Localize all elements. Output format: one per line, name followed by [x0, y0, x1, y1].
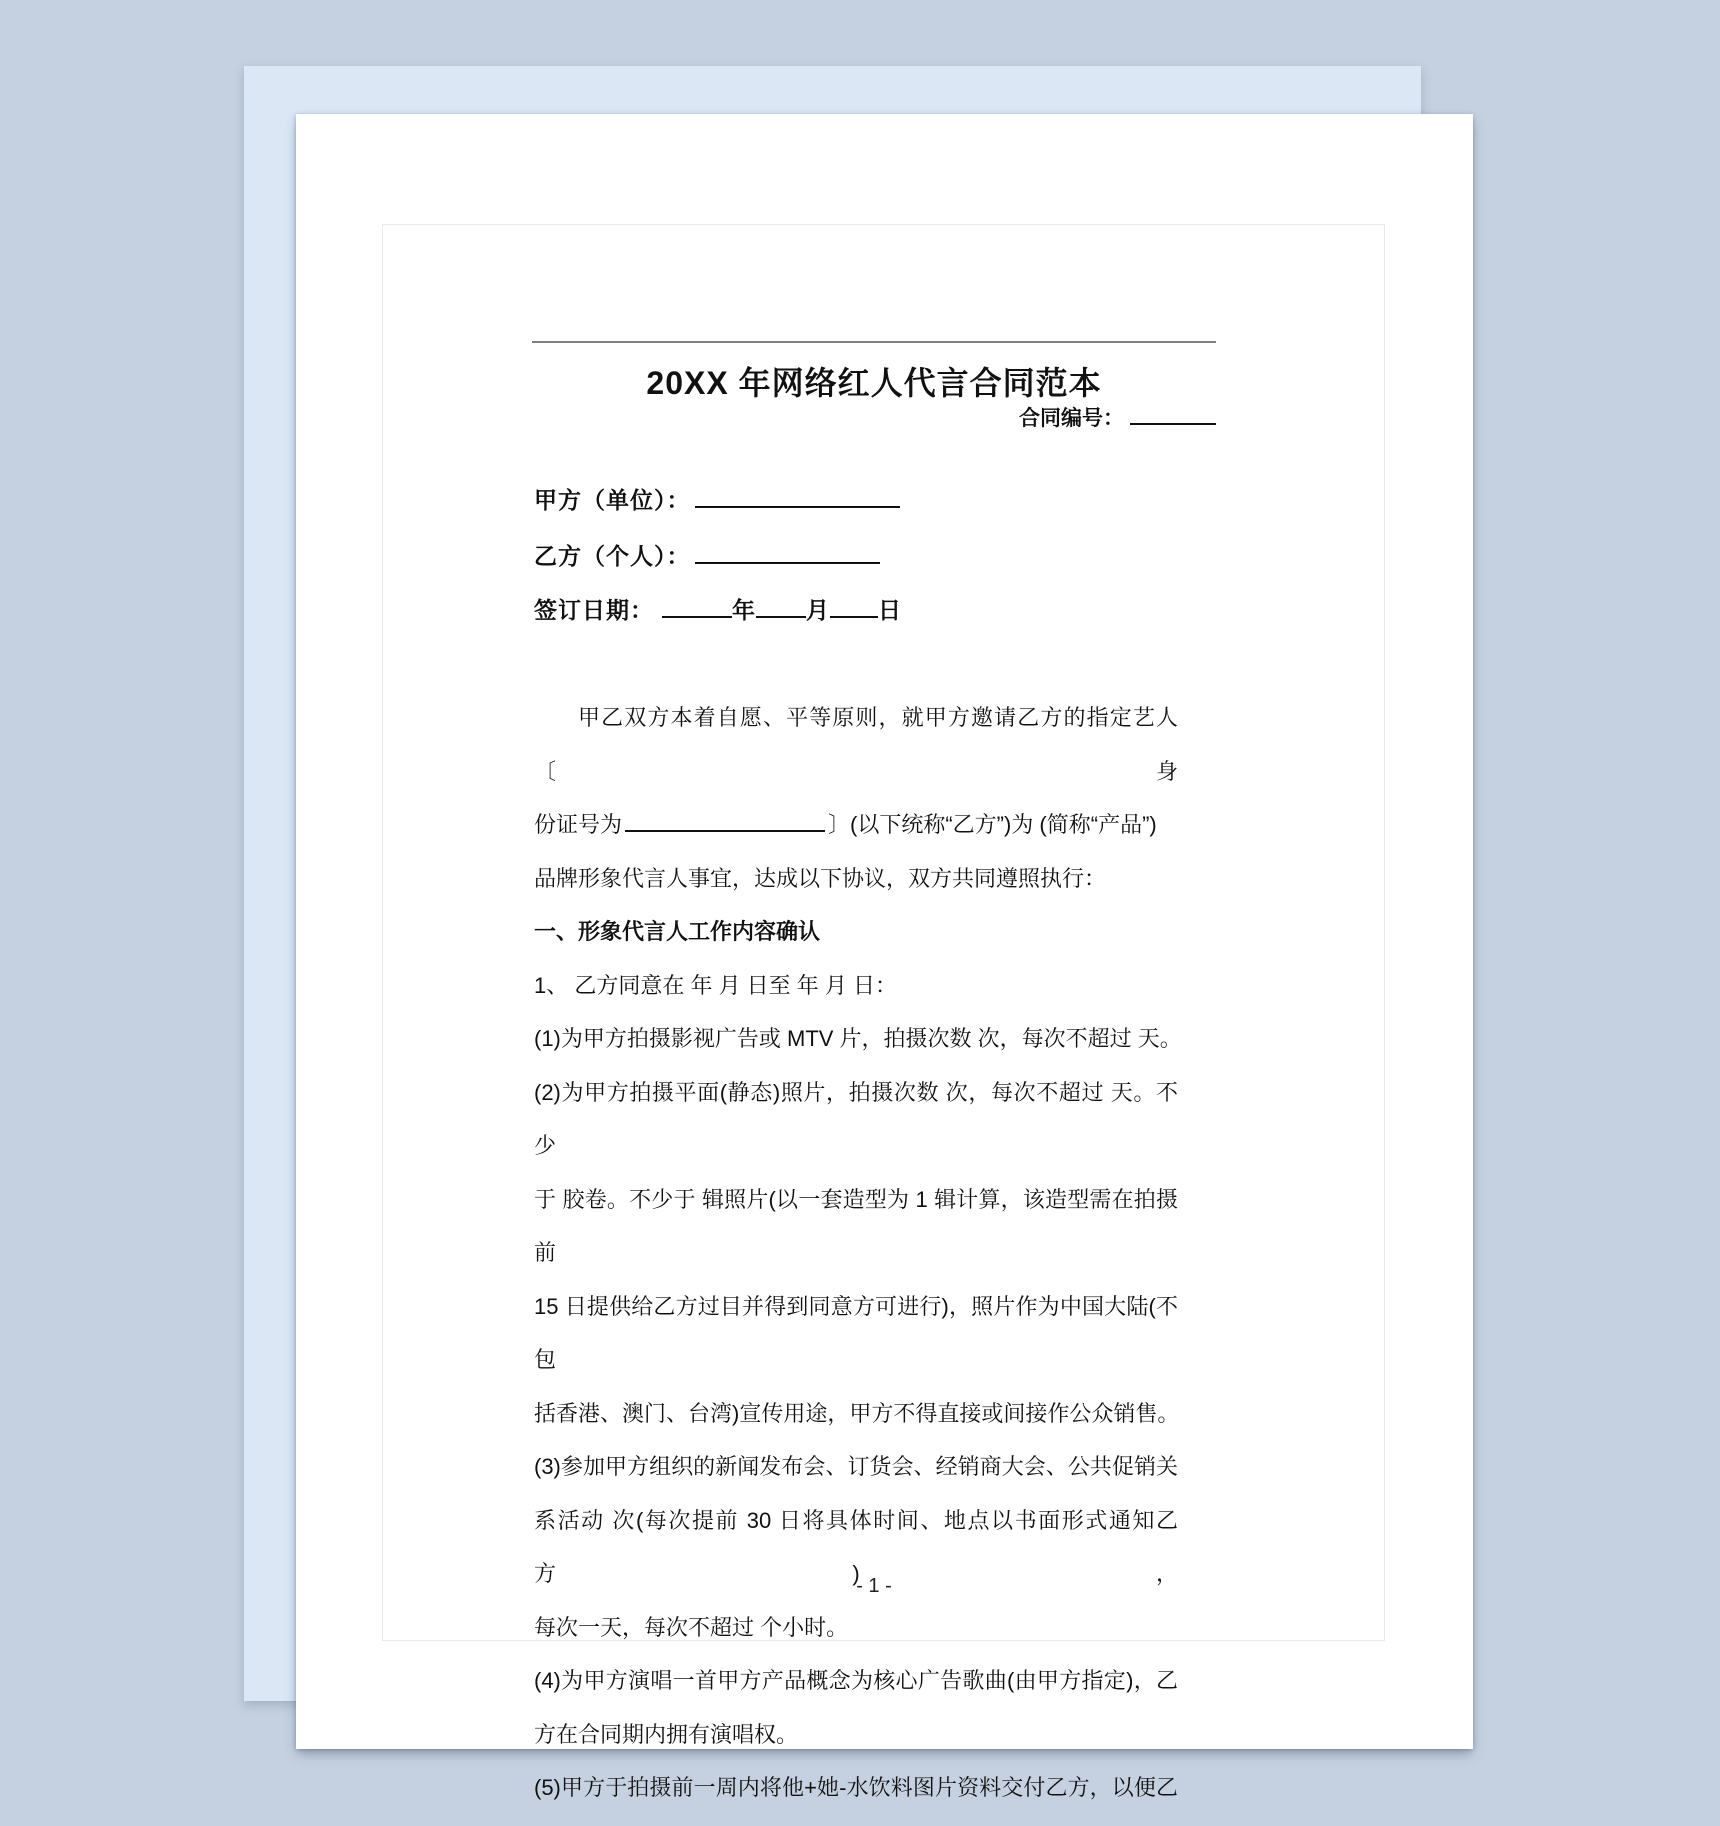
- sign-date-year-blank: [662, 594, 732, 618]
- party-b-row: 乙方（个人）：: [534, 539, 1234, 573]
- section-1-heading: 一、形象代言人工作内容确认: [534, 905, 1178, 959]
- party-a-blank: [695, 484, 900, 508]
- document-page: 20XX 年网络红人代言合同范本 合同编号： 甲方（单位）： 乙方（个人）： 签…: [296, 114, 1473, 1749]
- clause-line: 1、 乙方同意在 年 月 日至 年 月 日：: [534, 959, 1178, 1013]
- contract-body: 甲乙双方本着自愿、平等原则，就甲方邀请乙方的指定艺人〔身 份证号为〕(以下统称“…: [534, 691, 1178, 1815]
- clause-line: (4)为甲方演唱一首甲方产品概念为核心广告歌曲(由甲方指定)，乙: [534, 1654, 1178, 1708]
- page-number: - 1 -: [532, 1572, 1216, 1600]
- clause-line: (3)参加甲方组织的新闻发布会、订货会、经销商大会、公共促销关: [534, 1440, 1178, 1494]
- clause-line: 于 胶卷。不少于 辑照片(以一套造型为 1 辑计算，该造型需在拍摄前: [534, 1173, 1178, 1280]
- party-b-blank: [695, 540, 880, 564]
- contract-number-label: 合同编号：: [1019, 407, 1124, 430]
- party-a-label: 甲方（单位）：: [534, 487, 691, 513]
- document-title: 20XX 年网络红人代言合同范本: [532, 359, 1216, 407]
- header-rule: [532, 341, 1216, 343]
- intro-line-1: 甲乙双方本着自愿、平等原则，就甲方邀请乙方的指定艺人〔身: [534, 691, 1178, 798]
- intro-line-3: 品牌形象代言人事宜，达成以下协议，双方共同遵照执行：: [534, 852, 1178, 906]
- sign-date-day-label: 日: [878, 597, 902, 623]
- sign-date-row: 签订日期：年月日: [534, 593, 1234, 627]
- clause-line: 15 日提供给乙方过目并得到同意方可进行)，照片作为中国大陆(不包: [534, 1280, 1178, 1387]
- party-a-row: 甲方（单位）：: [534, 483, 1234, 517]
- party-b-label: 乙方（个人）：: [534, 543, 691, 569]
- clause-line: 括香港、澳门、台湾)宣传用途，甲方不得直接或间接作公众销售。: [534, 1387, 1178, 1441]
- sign-date-month-blank: [756, 594, 806, 618]
- sign-date-year-label: 年: [732, 597, 756, 623]
- clause-line: 每次一天，每次不超过 个小时。: [534, 1601, 1178, 1655]
- desktop-background: 20XX 年网络红人代言合同范本 合同编号： 甲方（单位）： 乙方（个人）： 签…: [0, 0, 1720, 1826]
- intro-line-2: 份证号为〕(以下统称“乙方”)为 (简称“产品”): [534, 798, 1178, 852]
- sign-date-day-blank: [830, 594, 878, 618]
- clause-line: (2)为甲方拍摄平面(静态)照片，拍摄次数 次，每次不超过 天。不少: [534, 1066, 1178, 1173]
- sign-date-label: 签订日期：: [534, 597, 654, 623]
- clause-line: (5)甲方于拍摄前一周内将他+她-水饮料图片资料交付乙方，以便乙: [534, 1761, 1178, 1815]
- clause-line: 方在合同期内拥有演唱权。: [534, 1708, 1178, 1762]
- sign-date-month-label: 月: [806, 597, 830, 623]
- intro-line-2-pre: 份证号为: [534, 812, 622, 837]
- contract-number-blank: [1130, 403, 1216, 425]
- intro-line-2-post: 〕(以下统称“乙方”)为 (简称“产品”): [828, 812, 1157, 837]
- clause-line: (1)为甲方拍摄影视广告或 MTV 片，拍摄次数 次，每次不超过 天。: [534, 1012, 1178, 1066]
- contract-number-row: 合同编号：: [532, 403, 1216, 435]
- id-number-blank: [625, 809, 825, 832]
